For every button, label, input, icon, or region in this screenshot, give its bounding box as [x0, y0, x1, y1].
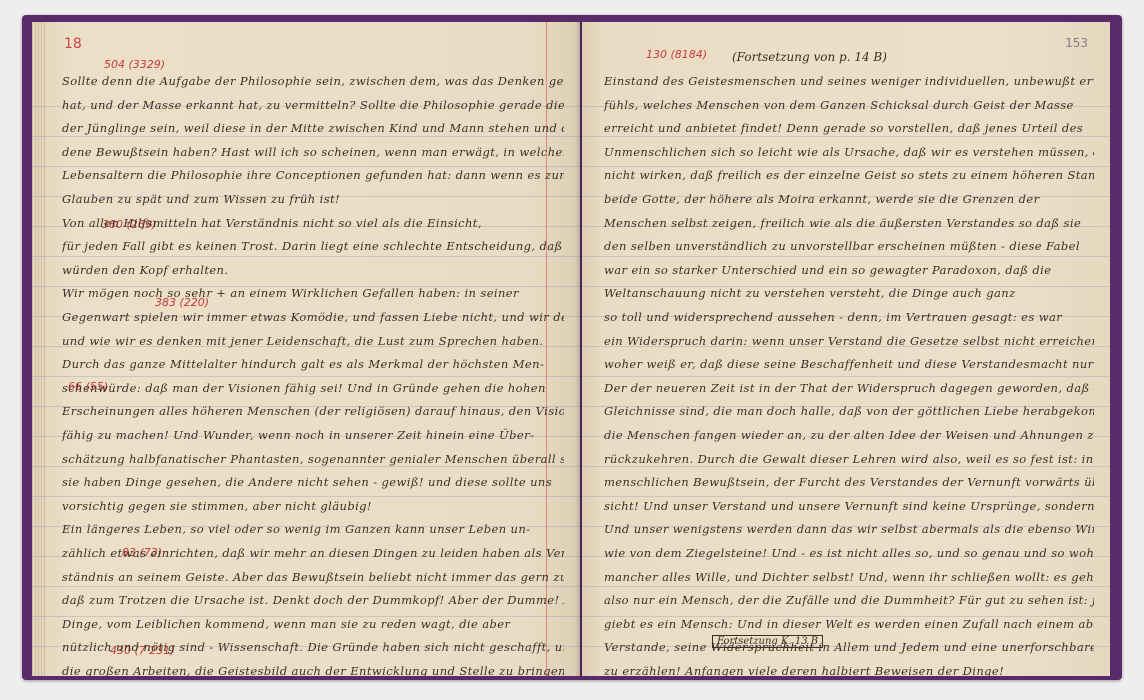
page-number: 18: [64, 36, 82, 52]
handwritten-line: die großen Arbeiten, die Geistesbild auc…: [62, 656, 564, 676]
right-page: 153 (Fortsetzung von p. 14 B) Fortsetzun…: [582, 22, 1110, 676]
handwritten-line: zu erzählen! Anfangen viele deren halbie…: [604, 656, 1094, 676]
header-note: (Fortsetzung von p. 14 B): [732, 50, 887, 64]
left-page: 18 504 (3329)380 (269)383 (220)66 (55)83…: [32, 22, 580, 676]
page-number: 153: [1065, 36, 1088, 50]
margin-reference-number: 130 (8184): [646, 48, 707, 61]
